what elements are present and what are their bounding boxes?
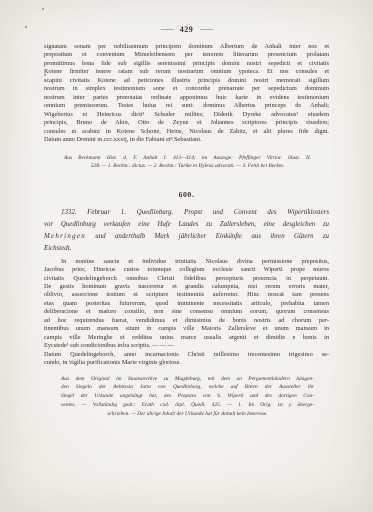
text-line: In nomine sancte et individue trinitatis… [44, 258, 329, 266]
text-line: deliberacione et maturo consilio, non si… [44, 308, 329, 316]
footnote-line: den Siegeln der Aebtissin Jutta von Qued… [61, 383, 314, 392]
footnote-line: schrieben. — Der übrige Inhalt der Urkun… [61, 410, 314, 419]
text-line: Datum Quedelingeborch, anno incarnacioni… [44, 351, 329, 359]
regest-line: Mehringen und anderthalb Mark jährlicher… [44, 231, 329, 243]
text-line: oblivio, assercione testium et scripture… [44, 291, 329, 299]
footnote-line: Aus dem Original im Staatsarchive zu Mag… [61, 375, 314, 384]
scanned-book-page: ——429—— signatam sonam per nobilissimum … [0, 0, 373, 512]
footnote-line: 528. — 1. Beckm.: dictus. — 2. Beckm.: T… [64, 162, 311, 170]
text-line: Kotene firmiter tenere ratam sub rerum n… [44, 68, 329, 76]
text-line: Datum anno Domini m.ccc.xxxij, in die Fa… [44, 136, 329, 144]
text-line: campis ville Meringhe et redditus unius … [44, 334, 329, 342]
text-line: prepositum et conventum Mimeleibensem pe… [44, 51, 329, 59]
text-line: etas quam posteritas futurorum, quod imm… [44, 300, 329, 308]
text-line: scapini civitatis Kotene ad peticiones i… [44, 77, 329, 85]
charter-599-footnote: Aus Beckmann Hist. d. F. Anhalt I. 413—4… [64, 154, 311, 170]
charter-600-footnote: Aus dem Original im Staatsarchive zu Mag… [61, 375, 314, 420]
text-line: Wigebertus et Heinricus dicti¹ Schuder m… [44, 111, 329, 119]
footnote-line: ventes. — Vollständig gedr.: Erath cod. … [61, 401, 314, 410]
text-line: Jacobus prior, Hinricus custos totumque … [44, 266, 329, 274]
text-line: civitatis Quedelingeborch omnibus Christ… [44, 275, 329, 283]
spaced-place-name: Mehringen [44, 233, 86, 240]
text-line: ad hoc requirendus fuerat, vendidimus et… [44, 317, 329, 325]
charter-600-text: In nomine sancte et individue trinitatis… [44, 258, 329, 368]
regest-line: vor Quedlinburg verkaufen eine Hufe Land… [44, 219, 329, 231]
text-line: tinentibus unum mansum situm in campis v… [44, 325, 329, 333]
text-line: cundo, in vigilia purificationis Marie v… [44, 359, 329, 367]
footnote-line: Aus Beckmann Hist. d. F. Anhalt I. 413—4… [64, 154, 311, 162]
text-line: principis, Bruno de Akin, Otto de Zeyne … [44, 119, 329, 127]
regest-line: 1332. Februar 1. Quedlinburg. Propst und… [44, 207, 329, 219]
charter-600-regest: 1332. Februar 1. Quedlinburg. Propst und… [44, 207, 329, 254]
text-line: omnium premissorum. Testes huius rei sun… [44, 102, 329, 110]
text-line: nostrum inter partes prenotatas ordinate… [44, 94, 329, 102]
text-line: nostrum in simplex testimonium sone et c… [44, 85, 329, 93]
text-column: signatam sonam per nobilissimum principe… [44, 0, 329, 419]
text-line: Eycstede¹ sub condicionibus infra script… [44, 342, 329, 350]
footnote-line: Siegel der Urkunde angehängt hat, des Pr… [61, 392, 314, 401]
text-line: De gestis hominum gravis nasceretur et g… [44, 283, 329, 291]
charter-number: 600. [44, 190, 329, 199]
text-line: signatam sonam per nobilissimum principe… [44, 43, 329, 51]
text-line: promittimus bona fide sub sigillis seren… [44, 60, 329, 68]
regest-line: Eichstedt. [44, 243, 329, 255]
charter-599-text: signatam sonam per nobilissimum principe… [44, 43, 329, 144]
regest-line-rest: und anderthalb Mark jährlicher Einkünfte… [86, 233, 329, 240]
text-line: consules et scabini in Kotene Schone, He… [44, 128, 329, 136]
